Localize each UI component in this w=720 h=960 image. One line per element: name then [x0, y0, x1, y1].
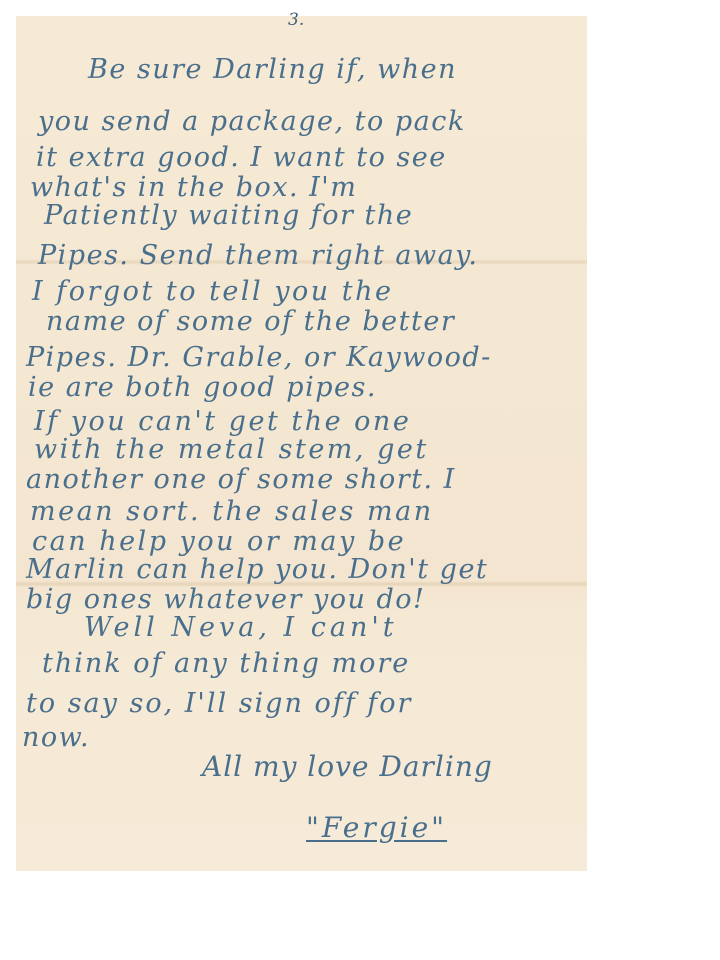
letter-line: Be sure Darling if, when	[88, 56, 457, 83]
letter-line: you send a package, to pack	[38, 108, 466, 135]
letter-line: now.	[22, 724, 90, 751]
letter-page: 3. Be sure Darling if, when you send a p…	[16, 16, 587, 871]
letter-line: If you can't get the one	[34, 408, 411, 435]
letter-line: name of some of the better	[46, 308, 455, 335]
letter-line: think of any thing more	[42, 650, 410, 677]
signature: "Fergie"	[306, 814, 447, 842]
letter-line: to say so, I'll sign off for	[26, 690, 412, 717]
letter-line: another one of some short. I	[26, 466, 456, 493]
letter-line: can help you or may be	[32, 528, 406, 555]
letter-line: it extra good. I want to see	[36, 144, 447, 171]
letter-line: mean sort. the sales man	[30, 498, 434, 525]
letter-line: Pipes. Dr. Grable, or Kaywood-	[26, 344, 492, 371]
letter-line: with the metal stem, get	[34, 436, 429, 463]
letter-line: big ones whatever you do!	[26, 586, 425, 613]
page-number: 3.	[288, 10, 304, 30]
letter-line: ie are both good pipes.	[28, 374, 377, 401]
letter-line: I forgot to tell you the	[32, 278, 393, 305]
letter-line: Pipes. Send them right away.	[38, 242, 478, 269]
letter-line: Well Neva, I can't	[84, 614, 398, 641]
letter-line: what's in the box. I'm	[30, 174, 357, 201]
closing-salutation: All my love Darling	[202, 753, 493, 781]
letter-line: Patiently waiting for the	[44, 202, 413, 229]
letter-line: Marlin can help you. Don't get	[26, 556, 488, 583]
